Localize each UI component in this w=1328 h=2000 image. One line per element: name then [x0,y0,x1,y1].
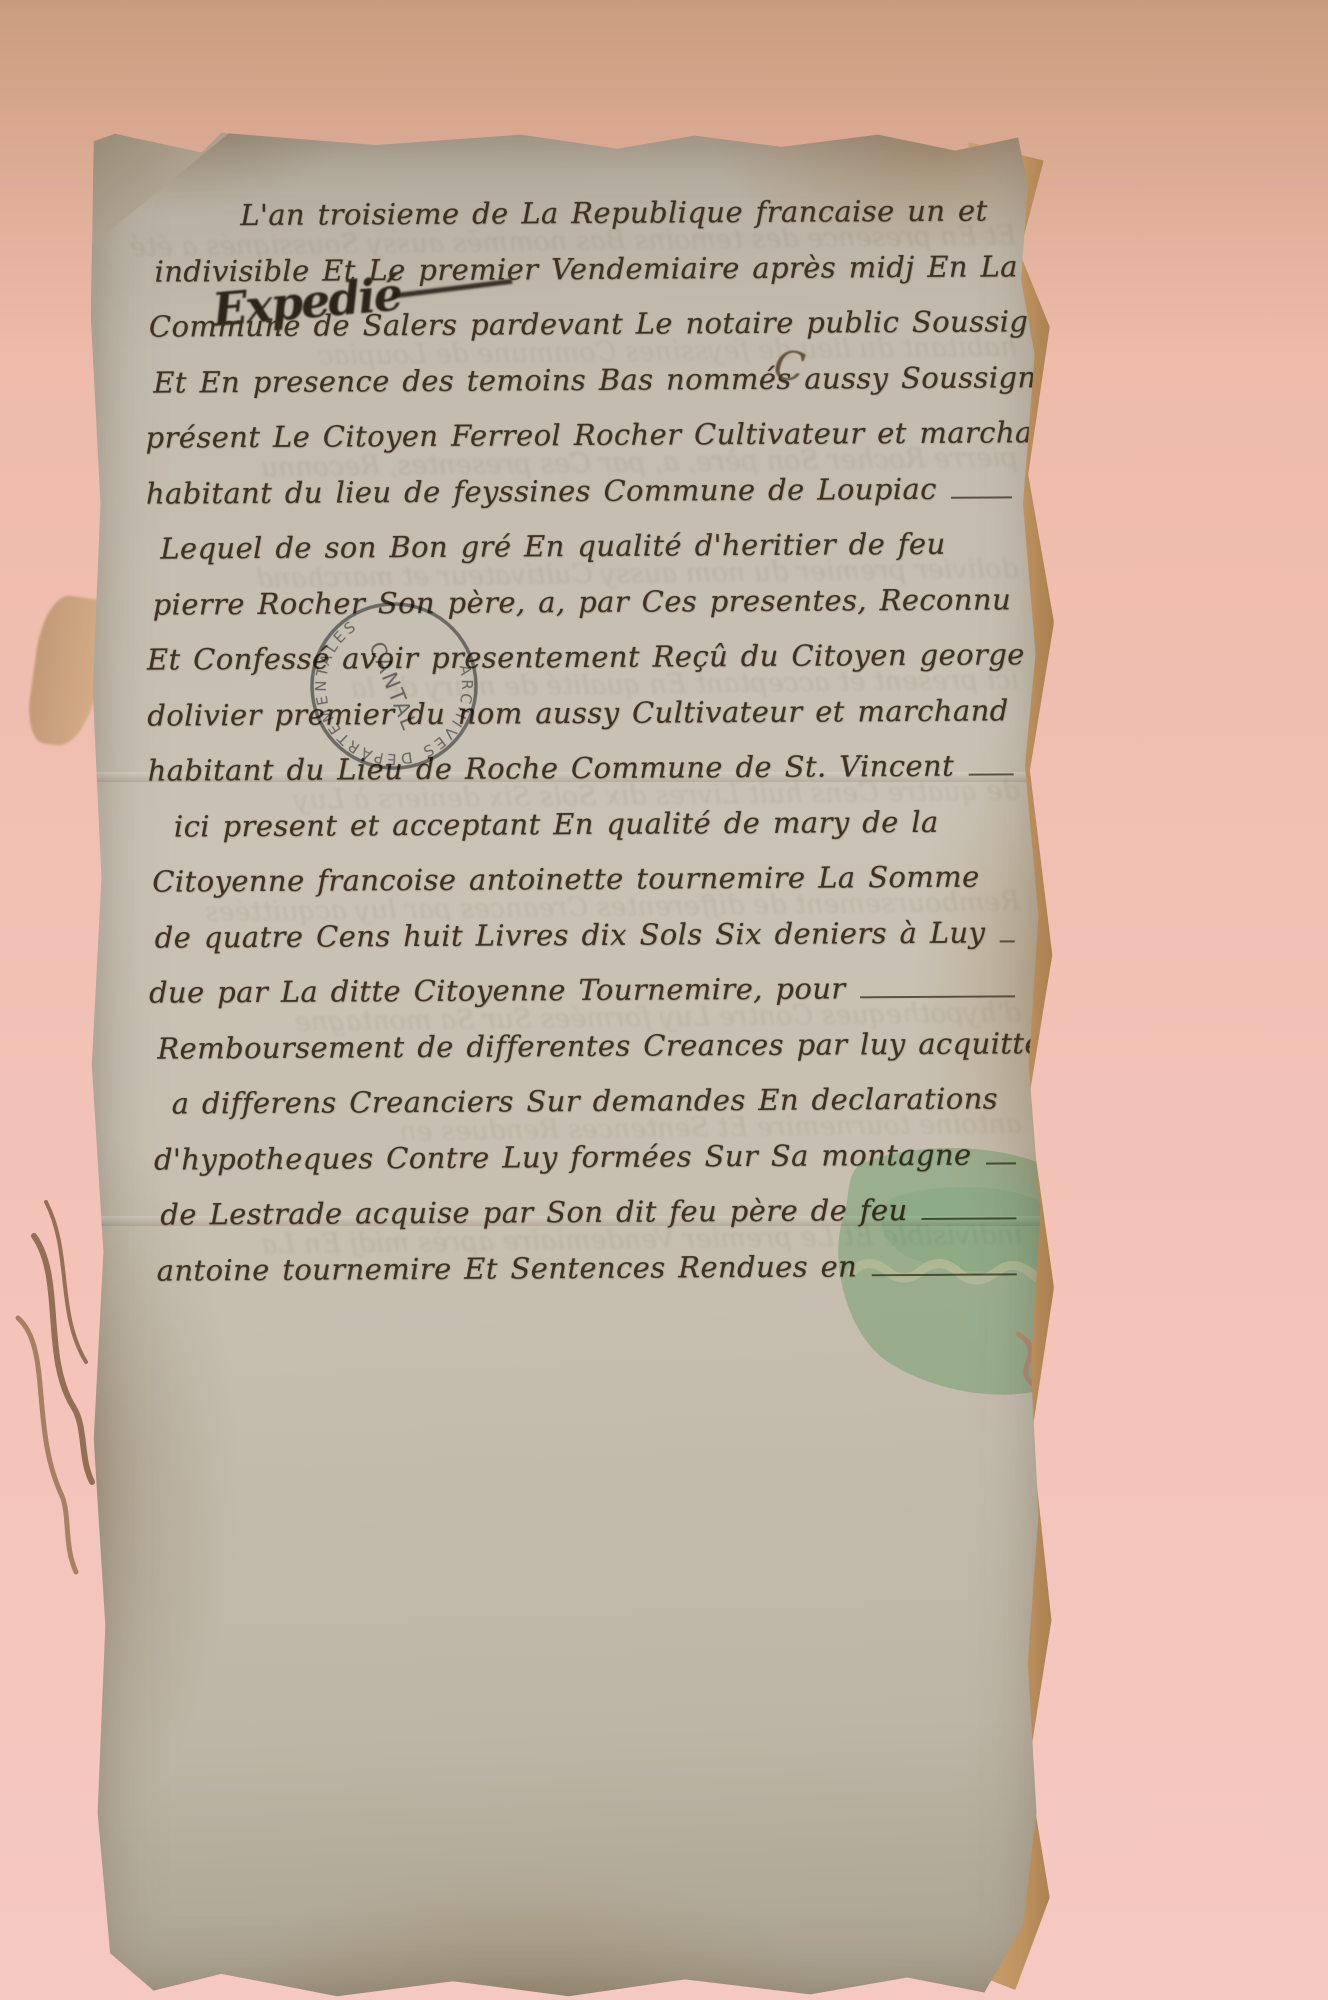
manuscript-line: habitant du lieu de feyssines Commune de… [146,471,1018,532]
manuscript-line: Lequel de son Bon gré En qualité d'herit… [146,526,1018,587]
ink-dash-flourish [951,496,1012,498]
manuscript-line: présent Le Citoyen Ferreol Rocher Cultiv… [146,415,1018,476]
manuscript-line-text: ici present et acceptant En qualité de m… [174,804,939,843]
manuscript-line-text: habitant du lieu de feyssines Commune de… [146,471,937,510]
manuscript-line-text: dolivier premier du nom aussy Cultivateu… [147,693,1009,732]
manuscript-line: Et En presence des temoins Bas nommés au… [145,360,1017,421]
manuscript-line: Citoyenne francoise antoinette tournemir… [148,859,1020,920]
manuscript-line: Remboursement de differentes Creances pa… [149,1026,1021,1087]
manuscript-line-text: habitant du Lieu de Roche Commune de St.… [148,749,955,788]
photograph-of-manuscript: Expedié C L'an troisieme de La Republiqu… [0,0,1328,2000]
stamp-center-text: CANTAL [364,638,421,734]
manuscript-page: Expedié C L'an troisieme de La Republiqu… [86,130,1052,2000]
manuscript-line-text: Lequel de son Bon gré En qualité d'herit… [160,527,946,566]
ink-dash-flourish [860,995,1015,998]
manuscript-line: indivisible Et Le premier Vendemiaire ap… [144,249,1016,310]
manuscript-line-text: Citoyenne francoise antoinette tournemir… [152,860,980,899]
manuscript-line-text: a differens Creanciers Sur demandes En d… [172,1081,999,1120]
ink-dash-flourish [968,773,1014,775]
manuscript-line-text: Commune de Salers pardevant Le notaire p… [149,304,1065,344]
manuscript-line-text: de Lestrade acquise par Son dit feu père… [160,1193,907,1232]
manuscript-line-text: due par La ditte Citoyenne Tournemire, p… [149,971,846,1009]
manuscript-line-text: indivisible Et Le premier Vendemiaire ap… [154,249,1017,288]
manuscript-line: de quatre Cens huit Livres dix Sols Six … [149,915,1021,976]
manuscript-line: a differens Creanciers Sur demandes En d… [150,1081,1022,1142]
manuscript-line: Commune de Salers pardevant Le notaire p… [145,304,1017,365]
ink-dash-flourish [999,940,1014,942]
manuscript-line-text: pierre Rocher Son père, a, par Ces prese… [153,582,1012,621]
manuscript-line: dolivier premier du nom aussy Cultivateu… [147,693,1019,754]
manuscript-line: L'an troisieme de La Republique francais… [144,193,1016,254]
manuscript-line-text: Et En presence des temoins Bas nommés au… [153,359,1159,399]
manuscript-line-text: L'an troisieme de La Republique francais… [240,194,988,233]
manuscript-line: due par La ditte Citoyenne Tournemire, p… [149,970,1021,1031]
manuscript-line-text: présent Le Citoyen Ferreol Rocher Cultiv… [146,415,1071,455]
manuscript-line-text: antoine tournemire Et Sentences Rendues … [157,1249,858,1287]
manuscript-line-text: de quatre Cens huit Livres dix Sols Six … [155,915,986,954]
manuscript-line-text: Remboursement de differentes Creances pa… [157,1026,1075,1066]
green-watermark [822,1138,1122,1418]
manuscript-line: ici present et acceptant En qualité de m… [148,804,1020,865]
manuscript-line: habitant du Lieu de Roche Commune de St.… [148,748,1020,809]
